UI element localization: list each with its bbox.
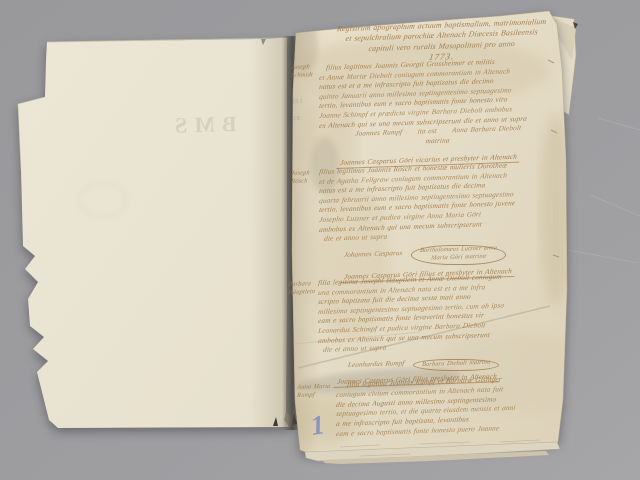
baptism-entry: filius legitimus Joannis Georgii Grosshe… [319, 64, 565, 150]
baptism-entry: filius legitimus Joannis Rösch et honest… [319, 168, 565, 245]
show-through-text: BMS [168, 111, 237, 139]
pencil-note: 2.9. [292, 116, 301, 123]
baptism-entry: filia legitima Josephi Häuptlein et Annæ… [318, 279, 566, 356]
left-blank-page [18, 38, 297, 428]
entry-margin-name: JosephRösch [291, 170, 321, 187]
circled-note: Bartholomæus Lutzner annaMaria Göri matr… [411, 245, 506, 265]
manuscript-line: Schmidt [290, 71, 321, 80]
entry-margin-name: JosephSchmidt [291, 64, 321, 81]
entry-margin-name: BarbaraHäuptlein [288, 281, 320, 298]
pencil-note: 15.1 [292, 99, 303, 106]
manuscript-line: Rumpf [296, 391, 337, 401]
circled-note: Barbara Diebolt matrina [413, 359, 499, 371]
scanned-register-spread: BMS Registrum apographum actuum baptisma… [0, 0, 640, 480]
baptism-entry: filia legitima Joannis Rumpf et Barbaræ … [336, 381, 564, 440]
manuscript-line: Rösch [290, 177, 321, 186]
entry-margin-name: Anna MariaRumpf [297, 384, 337, 401]
godparents-annotation: Johannes CasparusBartholomæus Lutzner an… [344, 245, 506, 265]
manuscript-line: Häuptlein [287, 288, 320, 298]
